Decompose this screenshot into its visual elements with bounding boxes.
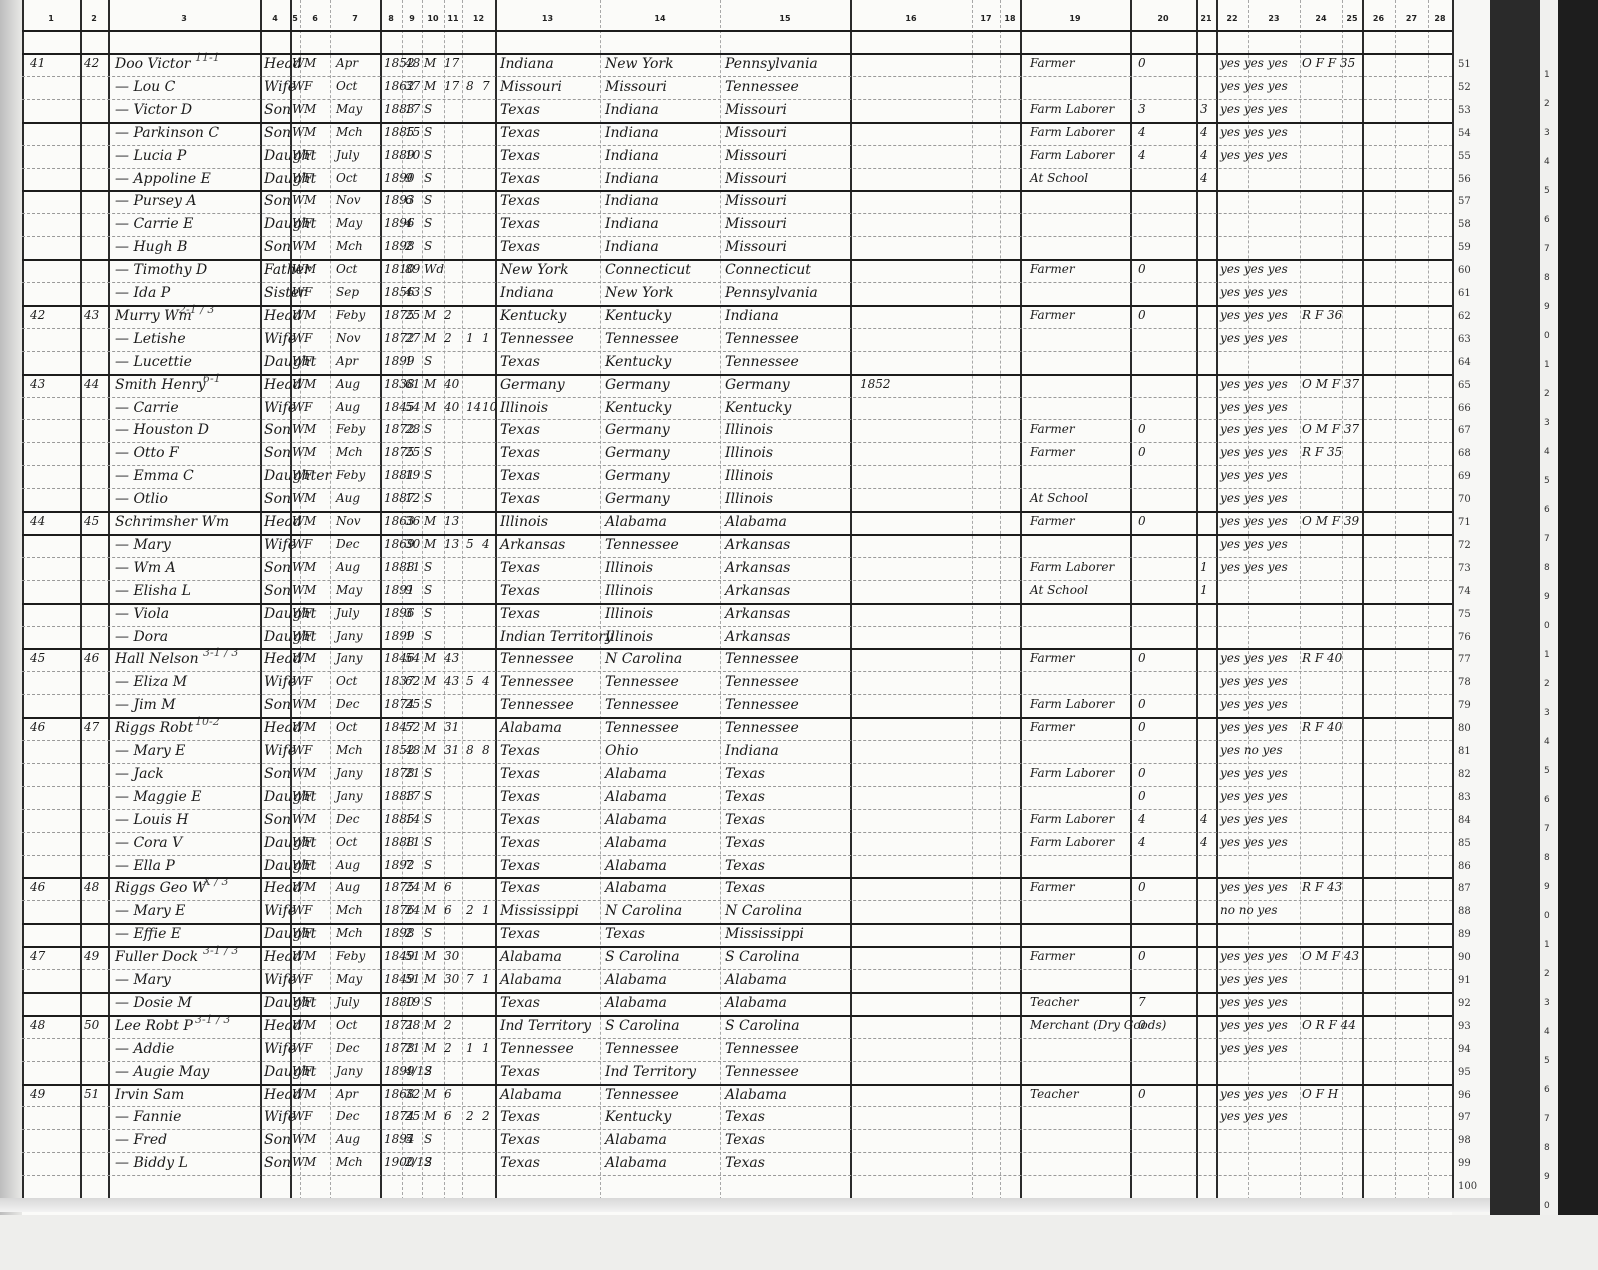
race-cell: W (292, 697, 304, 711)
row-rule (22, 1015, 1452, 1017)
month-cell: Nov (336, 331, 361, 345)
birthplace-cell: Missouri (500, 79, 562, 95)
row-rule (22, 282, 1452, 283)
mother-birthplace-cell: Texas (725, 1109, 765, 1125)
ruler-digit: 9 (1544, 302, 1550, 312)
race-cell: W (292, 422, 304, 436)
sex-cell: F (304, 148, 312, 162)
father-birthplace-cell: Missouri (605, 79, 667, 95)
month-cell: Oct (336, 79, 357, 93)
sex-cell: F (304, 537, 312, 551)
row-rule (22, 671, 1452, 672)
ruler-digit: 3 (1544, 128, 1550, 138)
row-rule (22, 969, 1452, 970)
occupation-cell: Farm Laborer (1030, 812, 1114, 826)
marital-cell: S (424, 583, 432, 597)
father-birthplace-cell: Indiana (605, 171, 659, 187)
name-cell: Hall Nelson (115, 651, 199, 667)
row-rule (22, 1084, 1452, 1086)
age-cell: 25 (405, 697, 420, 711)
age-cell: 28 (405, 422, 420, 436)
months-unemployed-cell: 0 (1138, 651, 1146, 665)
birthplace-cell: Alabama (500, 949, 562, 965)
literacy-cell: yes yes yes (1220, 285, 1288, 299)
children-living-cell: 1 (482, 1041, 490, 1055)
age-cell: 9 (405, 171, 413, 185)
birthplace-cell: Indian Territory (500, 629, 613, 645)
sex-cell: F (304, 972, 312, 986)
birthplace-cell: Texas (500, 926, 540, 942)
father-birthplace-cell: Indiana (605, 102, 659, 118)
name-cell: — Jack (115, 766, 164, 782)
mothers-children-cell: 14 (466, 400, 481, 414)
education-cell: 4 (1200, 148, 1208, 162)
age-cell: 21 (405, 1041, 420, 1055)
occupation-cell: Farmer (1030, 262, 1075, 276)
month-cell: Nov (336, 514, 361, 528)
occupation-cell: Farmer (1030, 949, 1075, 963)
row-rule (22, 328, 1452, 329)
ruler-digit: 4 (1544, 157, 1550, 167)
column-rule (22, 0, 24, 1200)
home-cell: O F F 35 (1302, 56, 1355, 70)
birthplace-cell: Texas (500, 125, 540, 141)
dwelling-cell: 48 (30, 1018, 45, 1032)
margin-mark-cell: 3-1 / 3 (203, 944, 238, 957)
sex-cell: M (304, 102, 316, 116)
relation-cell: Son (264, 193, 291, 209)
row-rule (22, 122, 1452, 124)
line-number: 84 (1458, 815, 1471, 826)
name-cell: — Pursey A (115, 193, 197, 209)
sex-cell: F (304, 995, 312, 1009)
years-married-cell: 30 (444, 949, 459, 963)
birthplace-cell: Texas (500, 171, 540, 187)
ruler-digit: 7 (1544, 534, 1550, 544)
mother-birthplace-cell: Connecticut (725, 262, 811, 278)
age-cell: 25 (405, 445, 420, 459)
dwelling-cell: 46 (30, 880, 45, 894)
row-rule (22, 351, 1452, 352)
mother-birthplace-cell: Alabama (725, 1087, 787, 1103)
age-cell: 7 (405, 858, 413, 872)
birthplace-cell: Texas (500, 583, 540, 599)
race-cell: W (292, 1087, 304, 1101)
column-number: 22 (1216, 14, 1248, 23)
children-living-cell: 1 (482, 903, 490, 917)
birthplace-cell: Texas (500, 354, 540, 370)
father-birthplace-cell: Germany (605, 422, 670, 438)
literacy-cell: yes yes yes (1220, 262, 1288, 276)
column-number: 26 (1362, 14, 1395, 23)
sex-cell: M (304, 308, 316, 322)
birthplace-cell: Alabama (500, 1087, 562, 1103)
month-cell: Mch (336, 125, 363, 139)
father-birthplace-cell: N Carolina (605, 903, 682, 919)
mother-birthplace-cell: Tennessee (725, 720, 799, 736)
father-birthplace-cell: Illinois (605, 606, 653, 622)
marital-cell: M (424, 331, 436, 345)
literacy-cell: yes yes yes (1220, 102, 1288, 116)
name-cell: — Lucia P (115, 148, 186, 164)
column-number: 13 (495, 14, 600, 23)
month-cell: May (336, 583, 362, 597)
years-married-cell: 43 (444, 674, 459, 688)
month-cell: Oct (336, 674, 357, 688)
race-cell: W (292, 972, 304, 986)
sex-cell: F (304, 789, 312, 803)
relation-cell: Son (264, 1132, 291, 1148)
occupation-cell: At School (1030, 491, 1088, 505)
row-rule (22, 809, 1452, 810)
sex-cell: M (304, 1018, 316, 1032)
binding-strip (0, 0, 22, 1215)
marital-cell: S (424, 422, 432, 436)
father-birthplace-cell: Alabama (605, 995, 667, 1011)
mother-birthplace-cell: Tennessee (725, 674, 799, 690)
column-number: 11 (444, 14, 462, 23)
family-cell: 45 (84, 514, 99, 528)
age-cell: 36 (405, 514, 420, 528)
marital-cell: M (424, 514, 436, 528)
father-birthplace-cell: Alabama (605, 1155, 667, 1171)
row-rule (22, 603, 1452, 605)
father-birthplace-cell: Texas (605, 926, 645, 942)
relation-cell: Son (264, 239, 291, 255)
age-cell: 27 (405, 331, 420, 345)
marital-cell: S (424, 125, 432, 139)
line-number: 87 (1458, 883, 1471, 894)
relation-cell: Son (264, 766, 291, 782)
race-cell: W (292, 445, 304, 459)
row-rule (22, 580, 1452, 581)
marital-cell: S (424, 102, 432, 116)
line-number: 93 (1458, 1021, 1471, 1032)
line-number: 76 (1458, 632, 1471, 643)
ruler-digit: 2 (1544, 99, 1550, 109)
children-living-cell: 2 (482, 1109, 490, 1123)
sex-cell: M (304, 812, 316, 826)
month-cell: Oct (336, 262, 357, 276)
month-cell: Jany (336, 629, 362, 643)
sex-cell: M (304, 651, 316, 665)
row-rule (22, 511, 1452, 513)
father-birthplace-cell: Kentucky (605, 308, 671, 324)
race-cell: W (292, 926, 304, 940)
birthplace-cell: Texas (500, 148, 540, 164)
ruler-digit: 8 (1544, 853, 1550, 863)
father-birthplace-cell: Connecticut (605, 262, 691, 278)
sex-cell: F (304, 606, 312, 620)
marital-cell: S (424, 858, 432, 872)
marital-cell: S (424, 1132, 432, 1146)
family-cell: 48 (84, 880, 99, 894)
line-number: 86 (1458, 861, 1471, 872)
row-rule (22, 1152, 1452, 1153)
father-birthplace-cell: Alabama (605, 858, 667, 874)
immigration-cell: 1852 (860, 377, 891, 391)
column-rule (1216, 0, 1218, 1200)
birthplace-cell: Tennessee (500, 1041, 574, 1057)
father-birthplace-cell: Kentucky (605, 1109, 671, 1125)
line-number: 61 (1458, 288, 1471, 299)
census-sheet: 1234567891011121314151617181920212223242… (0, 0, 1452, 1215)
age-cell: 21 (405, 766, 420, 780)
sex-cell: M (304, 949, 316, 963)
race-cell: W (292, 400, 304, 414)
row-rule (22, 465, 1452, 466)
literacy-cell: yes yes yes (1220, 1087, 1288, 1101)
race-cell: W (292, 789, 304, 803)
line-number: 53 (1458, 105, 1471, 116)
father-birthplace-cell: Indiana (605, 239, 659, 255)
line-number: 60 (1458, 265, 1471, 276)
age-cell: 37 (405, 79, 420, 93)
column-number: 9 (402, 14, 422, 23)
sex-cell: F (304, 216, 312, 230)
sex-cell: M (304, 1087, 316, 1101)
mother-birthplace-cell: Arkansas (725, 606, 790, 622)
row-rule (22, 168, 1452, 169)
sex-cell: M (304, 560, 316, 574)
father-birthplace-cell: Tennessee (605, 674, 679, 690)
column-number: 15 (720, 14, 850, 23)
line-number: 95 (1458, 1067, 1471, 1078)
mother-birthplace-cell: Pennsylvania (725, 285, 818, 301)
father-birthplace-cell: Alabama (605, 812, 667, 828)
dwelling-cell: 42 (30, 308, 45, 322)
name-cell: — Carrie (115, 400, 179, 416)
column-number: 23 (1248, 14, 1300, 23)
name-cell: — Fred (115, 1132, 167, 1148)
father-birthplace-cell: Indiana (605, 125, 659, 141)
race-cell: W (292, 125, 304, 139)
row-rule (22, 557, 1452, 558)
birthplace-cell: Tennessee (500, 697, 574, 713)
mother-birthplace-cell: Arkansas (725, 583, 790, 599)
month-cell: Apr (336, 56, 358, 70)
month-cell: Feby (336, 422, 365, 436)
marital-cell: M (424, 972, 436, 986)
age-cell: 19 (405, 468, 420, 482)
marital-cell: M (424, 537, 436, 551)
age-cell: 2 (405, 926, 413, 940)
years-married-cell: 2 (444, 1018, 452, 1032)
marital-cell: M (424, 1041, 436, 1055)
line-number: 59 (1458, 242, 1471, 253)
sex-cell: F (304, 903, 312, 917)
father-birthplace-cell: Germany (605, 377, 670, 393)
race-cell: W (292, 674, 304, 688)
age-cell: 5 (405, 1132, 413, 1146)
years-married-cell: 31 (444, 720, 459, 734)
literacy-cell: yes yes yes (1220, 674, 1288, 688)
line-number: 98 (1458, 1135, 1471, 1146)
father-birthplace-cell: Illinois (605, 629, 653, 645)
line-number: 75 (1458, 609, 1471, 620)
name-cell: — Louis H (115, 812, 189, 828)
father-birthplace-cell: New York (605, 56, 674, 72)
birthplace-cell: Indiana (500, 56, 554, 72)
marital-cell: S (424, 606, 432, 620)
month-cell: Oct (336, 171, 357, 185)
education-cell: 3 (1200, 102, 1208, 116)
ruler-digit: 5 (1544, 1056, 1550, 1066)
line-number: 51 (1458, 59, 1471, 70)
birthplace-cell: Illinois (500, 400, 548, 416)
race-cell: W (292, 1155, 304, 1169)
mother-birthplace-cell: Pennsylvania (725, 56, 818, 72)
months-unemployed-cell: 0 (1138, 56, 1146, 70)
birthplace-cell: Texas (500, 789, 540, 805)
occupation-cell: At School (1030, 583, 1088, 597)
years-married-cell: 2 (444, 308, 452, 322)
birthplace-cell: Mississippi (500, 903, 579, 919)
row-rule (22, 740, 1452, 741)
mother-birthplace-cell: Missouri (725, 216, 787, 232)
name-cell: — Appoline E (115, 171, 211, 187)
sex-cell: F (304, 629, 312, 643)
column-number: 14 (600, 14, 720, 23)
occupation-cell: At School (1030, 171, 1088, 185)
month-cell: Feby (336, 468, 365, 482)
ruler-digit: 3 (1544, 998, 1550, 1008)
birthplace-cell: Texas (500, 491, 540, 507)
row-rule (22, 1038, 1452, 1039)
years-married-cell: 13 (444, 514, 459, 528)
mother-birthplace-cell: Tennessee (725, 1041, 799, 1057)
column-number: 5 (290, 14, 300, 23)
father-birthplace-cell: Tennessee (605, 1041, 679, 1057)
occupation-cell: Farm Laborer (1030, 560, 1114, 574)
margin-mark-cell: 11-1 (195, 51, 220, 64)
marital-cell: S (424, 766, 432, 780)
race-cell: W (292, 171, 304, 185)
month-cell: Jany (336, 651, 362, 665)
literacy-cell: yes yes yes (1220, 377, 1288, 391)
mother-birthplace-cell: Alabama (725, 995, 787, 1011)
row-rule (22, 488, 1452, 489)
month-cell: Dec (336, 1109, 359, 1123)
sex-cell: M (304, 422, 316, 436)
relation-cell: Son (264, 812, 291, 828)
age-cell: 17 (405, 102, 420, 116)
marital-cell: S (424, 812, 432, 826)
marital-cell: S (424, 697, 432, 711)
years-married-cell: 40 (444, 400, 459, 414)
name-cell: — Timothy D (115, 262, 207, 278)
header-rule (22, 30, 1452, 32)
years-married-cell: 2 (444, 1041, 452, 1055)
birthplace-cell: New York (500, 262, 569, 278)
age-cell: 17 (405, 789, 420, 803)
race-cell: W (292, 743, 304, 757)
ruler-digit: 8 (1544, 273, 1550, 283)
sex-cell: F (304, 171, 312, 185)
months-unemployed-cell: 0 (1138, 1018, 1146, 1032)
marital-cell: S (424, 445, 432, 459)
father-birthplace-cell: Germany (605, 491, 670, 507)
sex-cell: M (304, 1155, 316, 1169)
line-number: 68 (1458, 448, 1471, 459)
birthplace-cell: Texas (500, 766, 540, 782)
father-birthplace-cell: N Carolina (605, 651, 682, 667)
scan-dark-edge (1490, 0, 1540, 1230)
line-number: 94 (1458, 1044, 1471, 1055)
column-rule (380, 0, 382, 1200)
occupation-cell: Farmer (1030, 56, 1075, 70)
relation-cell: Son (264, 422, 291, 438)
dwelling-cell: 44 (30, 514, 45, 528)
months-unemployed-cell: 0 (1138, 949, 1146, 963)
mother-birthplace-cell: Tennessee (725, 331, 799, 347)
father-birthplace-cell: S Carolina (605, 1018, 680, 1034)
column-rule (850, 0, 852, 1200)
sex-cell: F (304, 1041, 312, 1055)
column-rule (1196, 0, 1198, 1200)
mother-birthplace-cell: Mississippi (725, 926, 804, 942)
literacy-cell: yes yes yes (1220, 468, 1288, 482)
month-cell: Sep (336, 285, 359, 299)
race-cell: W (292, 354, 304, 368)
column-rule (1395, 0, 1396, 1200)
dwelling-cell: 47 (30, 949, 45, 963)
column-rule (600, 0, 601, 1200)
months-unemployed-cell: 0 (1138, 880, 1146, 894)
sex-cell: F (304, 468, 312, 482)
sex-cell: M (304, 56, 316, 70)
occupation-cell: Farmer (1030, 514, 1075, 528)
age-cell: 51 (405, 949, 420, 963)
family-cell: 47 (84, 720, 99, 734)
mothers-children-cell: 5 (466, 674, 474, 688)
column-rule (330, 0, 331, 1200)
marital-cell: M (424, 308, 436, 322)
name-cell: — Emma C (115, 468, 194, 484)
literacy-cell: yes yes yes (1220, 125, 1288, 139)
margin-mark-cell: 2-1 / 3 (179, 303, 214, 316)
row-rule (22, 305, 1452, 307)
page-bottom-shadow (0, 1198, 1490, 1212)
name-cell: — Ida P (115, 285, 170, 301)
marital-cell: S (424, 171, 432, 185)
ruler-digit: 8 (1544, 563, 1550, 573)
line-number: 81 (1458, 746, 1471, 757)
family-cell: 46 (84, 651, 99, 665)
home-cell: O M F 43 (1302, 949, 1359, 963)
birthplace-cell: Texas (500, 422, 540, 438)
month-cell: Dec (336, 812, 359, 826)
column-rule (108, 0, 110, 1200)
years-married-cell: 30 (444, 972, 459, 986)
marital-cell: M (424, 400, 436, 414)
literacy-cell: yes yes yes (1220, 422, 1288, 436)
column-number: 12 (462, 14, 495, 23)
line-number: 74 (1458, 586, 1471, 597)
month-cell: Apr (336, 354, 358, 368)
children-living-cell: 7 (482, 79, 490, 93)
ruler-digit: 9 (1544, 592, 1550, 602)
month-cell: July (336, 606, 359, 620)
race-cell: W (292, 720, 304, 734)
row-rule (22, 419, 1452, 420)
occupation-cell: Farmer (1030, 308, 1075, 322)
home-cell: O M F 37 (1302, 377, 1359, 391)
marital-cell: S (424, 995, 432, 1009)
name-cell: — Carrie E (115, 216, 193, 232)
occupation-cell: Teacher (1030, 1087, 1079, 1101)
margin-mark-cell: 6-1 (203, 372, 221, 385)
